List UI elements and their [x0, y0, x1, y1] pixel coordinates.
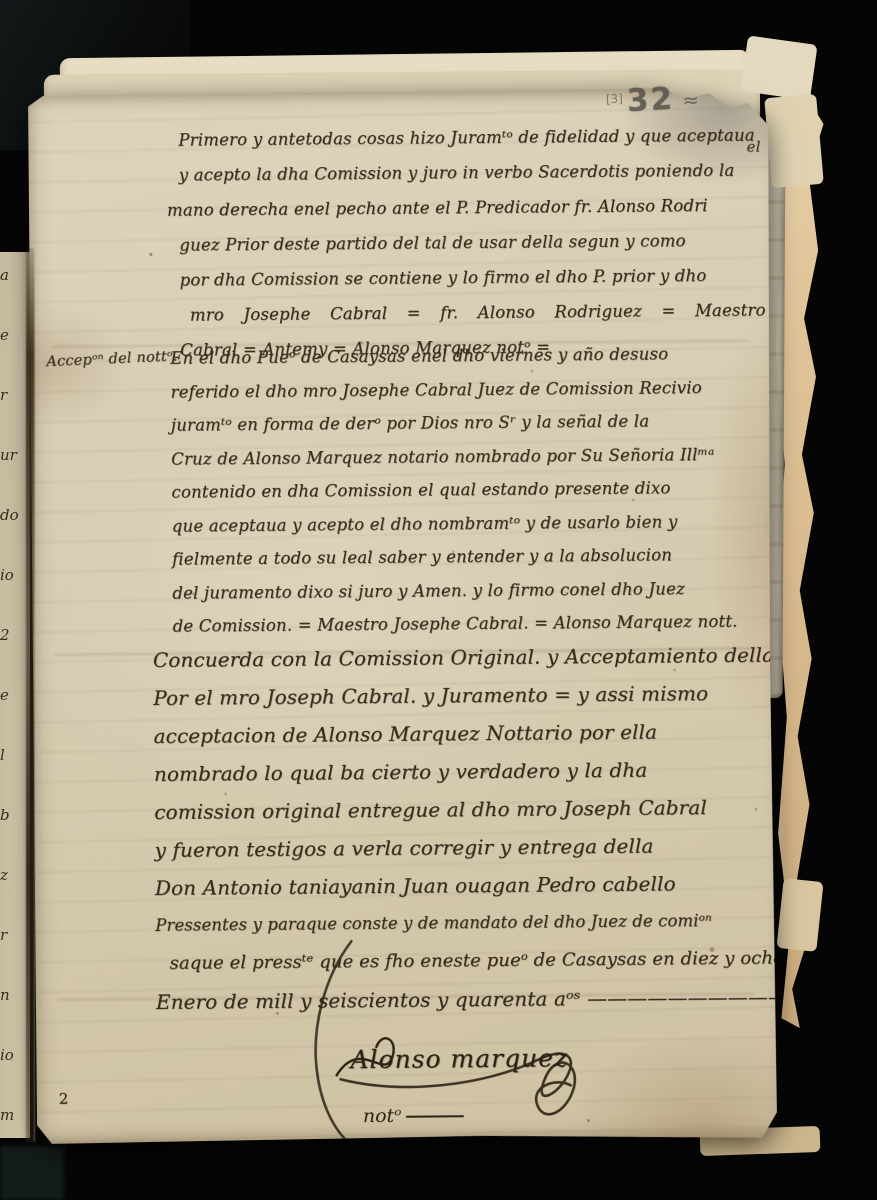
gutter-fold-line — [26, 248, 35, 1142]
sliver-fragment: io — [0, 566, 14, 584]
sliver-fragment: b — [0, 806, 10, 824]
sliver-fragment: m — [0, 1106, 14, 1124]
text-line: Cruz de Alonso Marquez notario nombrado … — [171, 437, 736, 475]
text-line: nombrado lo qual ba cierto y verdadero y… — [154, 748, 877, 793]
text-line: que aceptaua y acepto el dho nombramᵗᵒ y… — [172, 504, 737, 542]
sliver-fragment: r — [0, 926, 7, 944]
sliver-fragment: a — [0, 266, 9, 284]
sliver-fragment: ur — [0, 446, 17, 464]
sliver-fragment: e — [0, 326, 9, 344]
bottom-left-shadow — [0, 1146, 64, 1200]
folio-number: 32 — [626, 81, 675, 119]
sliver-fragment: 2 — [0, 626, 10, 644]
text-line: por dha Comission se contiene y lo firmo… — [179, 257, 852, 298]
text-line: guez Prior deste partido del tal de usar… — [179, 222, 852, 263]
text-line: fielmente a todo su leal saber y entende… — [172, 538, 737, 576]
text-line: comission original entregue al dho mro J… — [154, 786, 877, 831]
manuscript-page: Accepᵒⁿ del nottᵒ. el Primero y antetoda… — [28, 88, 777, 1144]
paper-surface: Accepᵒⁿ del nottᵒ. el Primero y antetoda… — [28, 88, 777, 1144]
sliver-fragment: z — [0, 866, 8, 884]
paragraph-acceptance: En el dho Pueᵒ de Casaysas enel dho vier… — [170, 337, 738, 643]
signature-title: notᵒ — [363, 1104, 464, 1127]
text-line: y fueron testigos a verla corregir y ent… — [154, 824, 877, 869]
text-line: mano derecha enel pecho ante el P. Predi… — [167, 187, 852, 228]
text-line: Concuerda con la Comission Original. y A… — [153, 634, 877, 679]
text-line: saque el pressᵗᵉ que es fho eneste pueᵒ … — [169, 938, 877, 982]
signature-block: Alonso marquez notᵒ — [332, 1015, 593, 1177]
folio-squiggle: ≈ — [682, 88, 698, 113]
folio-number-top: [3] 32 ≈ — [605, 80, 698, 121]
text-line: Primero y antetodas cosas hizo Juramᵗᵒ d… — [178, 117, 851, 158]
signature-dash — [406, 1115, 464, 1118]
text-line: Por el mro Joseph Cabral. y Juramento = … — [153, 672, 877, 717]
text-line: En el dho Pueᵒ de Casaysas enel dho vier… — [170, 337, 735, 375]
foxing-specks — [149, 253, 152, 256]
folio-number-bottom: 2 — [59, 1090, 69, 1108]
text-line: contenido en dha Comission el qual estan… — [171, 471, 736, 509]
text-line: Enero de mill y seiscientos y quarenta a… — [156, 976, 877, 1021]
paragraph-oath: Primero y antetodas cosas hizo Juramᵗᵒ d… — [178, 117, 852, 368]
sliver-fragment: n — [0, 986, 10, 1004]
sliver-fragment: do — [0, 506, 19, 524]
text-line: Don Antonio taniayanin Juan ouagan Pedro… — [155, 862, 877, 907]
manuscript-scan: aerurdoio2elbzrniom Accepᵒⁿ del nottᵒ. e… — [0, 0, 877, 1200]
signature-title-text: notᵒ — [363, 1105, 402, 1127]
folio-prefix: [3] — [606, 92, 624, 107]
sliver-fragment: r — [0, 386, 7, 404]
signature-name: Alonso marquez — [350, 1043, 568, 1074]
text-line: juramᵗᵒ en forma de derᵒ por Dios nro Sʳ… — [171, 404, 736, 442]
text-line: mro Josephe Cabral = fr. Alonso Rodrigue… — [190, 292, 853, 333]
paper-tatter — [776, 878, 823, 952]
paper-tatter — [764, 94, 824, 188]
sliver-fragment: io — [0, 1046, 14, 1064]
sliver-fragment: e — [0, 686, 9, 704]
text-line: y acepto la dha Comission y juro in verb… — [179, 152, 852, 193]
text-line: del juramento dixo si juro y Amen. y lo … — [172, 571, 737, 609]
paragraph-certification: Concuerda con la Comission Original. y A… — [153, 634, 877, 1021]
text-line: acceptacion de Alonso Marquez Nottario p… — [153, 710, 877, 755]
text-line: Pressentes y paraque conste y de mandato… — [155, 900, 877, 945]
text-line: referido el dho mro Josephe Cabral Juez … — [170, 370, 735, 408]
sliver-fragment: l — [0, 746, 5, 764]
margin-note: Accepᵒⁿ del nottᵒ. — [46, 348, 178, 370]
